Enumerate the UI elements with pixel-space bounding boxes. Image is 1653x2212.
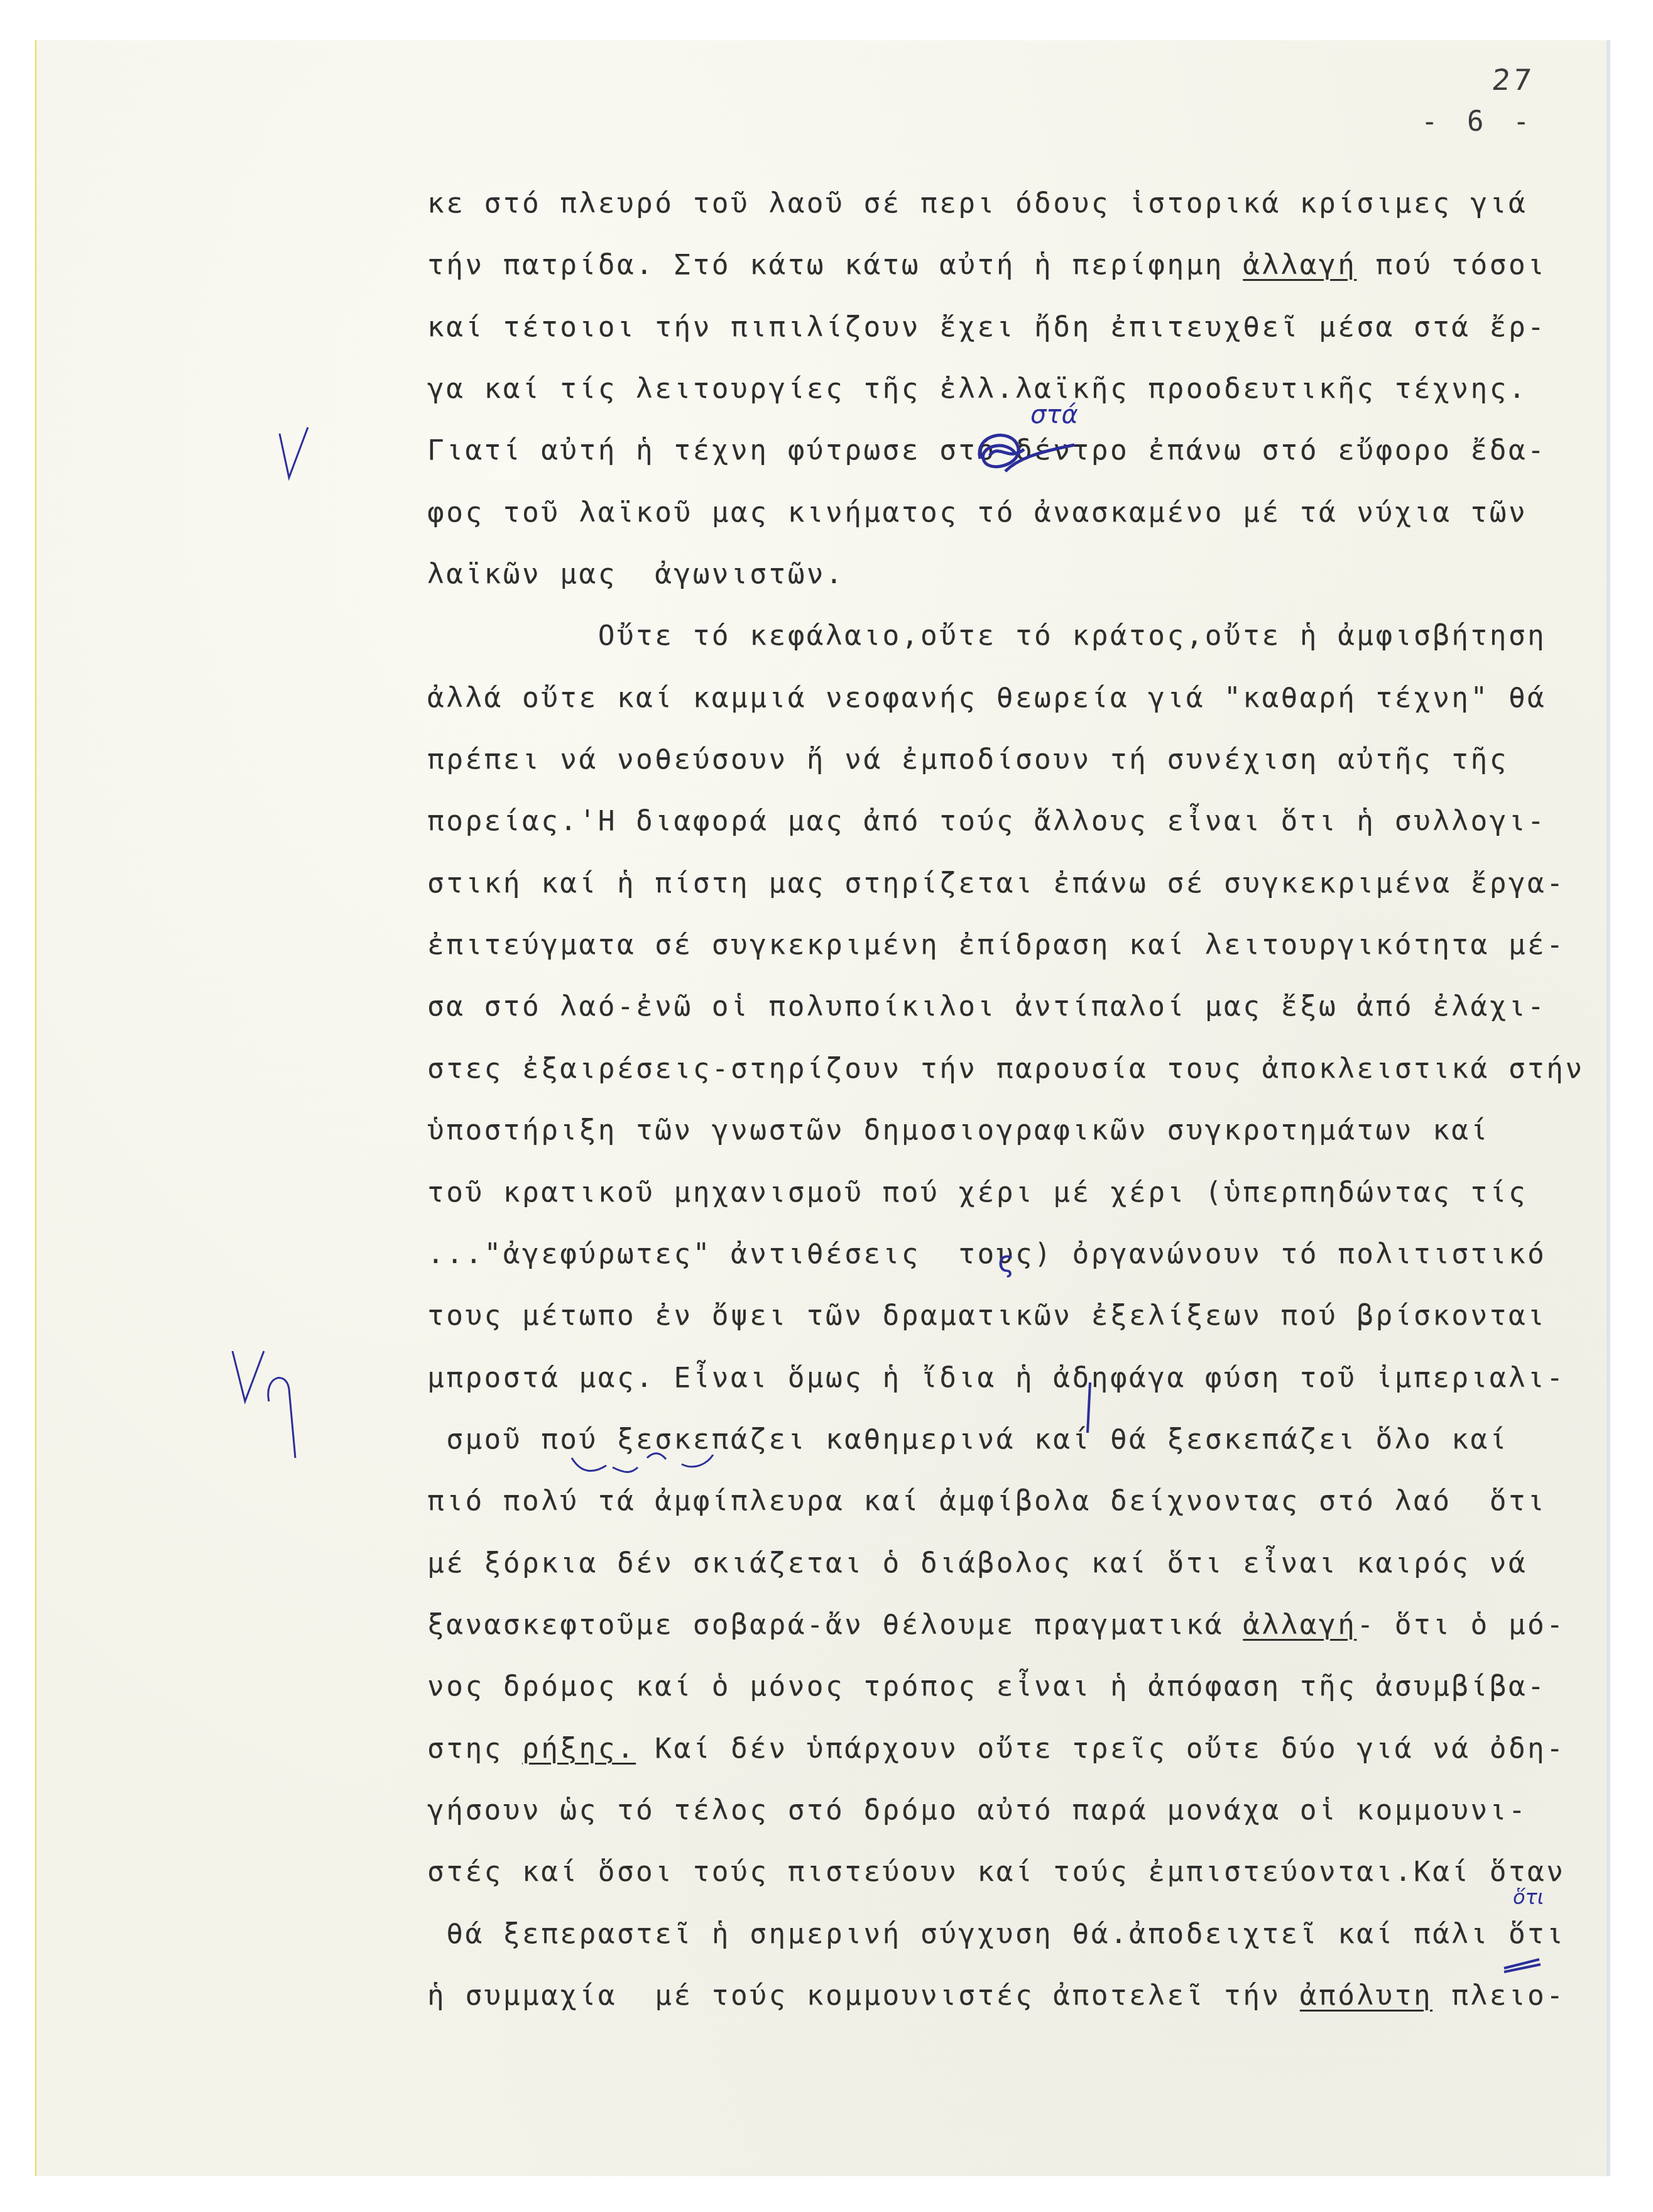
text-line: στες ἐξαιρέσεις-στηρίζουν τήν παρουσία τ…	[427, 1051, 1585, 1087]
check-mark-icon	[276, 427, 314, 484]
text-line: λαϊκῶν μας ἀγωνιστῶν.	[427, 557, 844, 592]
text-line: ὑποστήριξη τῶν γνωστῶν δημοσιογραφικῶν σ…	[427, 1113, 1490, 1148]
text-line: ἐπιτεύγματα σέ συγκεκριμένη ἐπίδραση καί…	[427, 928, 1565, 963]
correction-oti: ὅτι	[1513, 1885, 1544, 1909]
mark-stroke-icon	[1084, 1379, 1096, 1436]
text-line: στές καί ὅσοι τούς πιστεύουν καί τούς ἐμ…	[427, 1854, 1565, 1890]
text-line: γα καί τίς λειτουργίες τῆς ἐλλ.λαϊκῆς πρ…	[427, 371, 1527, 407]
archive-number: 27	[1490, 63, 1536, 97]
text-line: φος τοῦ λαϊκοῦ μας κινήματος τό ἀνασκαμέ…	[427, 495, 1527, 530]
text-line: τους μέτωπο ἐν ὄψει τῶν δραματικῶν ἐξελί…	[427, 1298, 1546, 1333]
text-line: ἀλλά οὔτε καί καμμιά νεοφανής θεωρεία γι…	[427, 681, 1546, 716]
text-line: στική καί ἡ πίστη μας στηρίζεται ἐπάνω σ…	[427, 866, 1565, 901]
text-line: μπροστά μας. Εἶναι ὅμως ἡ ἴδια ἡ ἀδηφάγα…	[427, 1361, 1565, 1396]
underline-wave-icon	[569, 1452, 719, 1477]
page-number: - 6 -	[1421, 106, 1536, 138]
text-line: καί τέτοιοι τήν πιπιλίζουν ἔχει ἤδη ἐπιτ…	[427, 310, 1546, 345]
text-line: πρέπει νά νοθεύσουν ἤ νά ἐμποδίσουν τή σ…	[427, 742, 1508, 777]
text-line: πιό πολύ τά ἀμφίπλευρα καί ἀμφίβολα δείχ…	[427, 1484, 1546, 1519]
underlined-word: ἀλλαγή	[1243, 249, 1356, 281]
text-line: σα στό λαό-ἐνῶ οἱ πολυποίκιλοι ἀντίπαλοί…	[427, 989, 1546, 1024]
scribble-icon	[968, 415, 1056, 490]
text-line: κε στό πλευρό τοῦ λαοῦ σέ περι όδους ἱστ…	[427, 186, 1527, 221]
text-line: θά ξεπεραστεῖ ἡ σημερινή σύγχυση θά.ἀποδ…	[427, 1917, 1565, 1952]
text-line: ξανασκεφτοῦμε σοβαρά-ἄν θέλουμε πραγματι…	[427, 1607, 1566, 1643]
underlined-word: ρήξης.	[522, 1733, 636, 1765]
text-line: πορείας.'Η διαφορά μας ἀπό τούς ἄλλους ε…	[427, 804, 1546, 839]
underlined-word: ἀλλαγή	[1243, 1609, 1356, 1641]
underlined-word: ἀπόλυτη	[1300, 1979, 1432, 2012]
text-line: νος δρόμος καί ὁ μόνος τρόπος εἶναι ἡ ἀπ…	[427, 1669, 1546, 1704]
text-line: ἡ συμμαχία μέ τούς κομμουνιστές ἀποτελεῖ…	[427, 1978, 1566, 2013]
correction-s: ς	[998, 1244, 1015, 1278]
text-line: τοῦ κρατικοῦ μηχανισμοῦ πού χέρι μέ χέρι…	[427, 1175, 1527, 1210]
text-line: στης ρήξης. Καί δέν ὑπάρχουν οὔτε τρεῖς …	[427, 1731, 1566, 1766]
check-bracket-icon	[226, 1351, 302, 1464]
text-line: ..."ἀγεφύρωτες" ἀντιθέσεις τους) ὀργανών…	[427, 1237, 1546, 1272]
text-line: γήσουν ὡς τό τέλος στό δρόμο αὐτό παρά μ…	[427, 1793, 1527, 1828]
text-line: τήν πατρίδα. Στό κάτω κάτω αὐτή ἡ περίφη…	[427, 248, 1546, 283]
strike-icon	[1502, 1956, 1546, 1974]
text-line: Οὔτε τό κεφάλαιο,οὔτε τό κράτος,οὔτε ἡ ἀ…	[427, 618, 1546, 654]
text-line: μέ ξόρκια δέν σκιάζεται ὁ διάβολος καί ὅ…	[427, 1546, 1527, 1581]
